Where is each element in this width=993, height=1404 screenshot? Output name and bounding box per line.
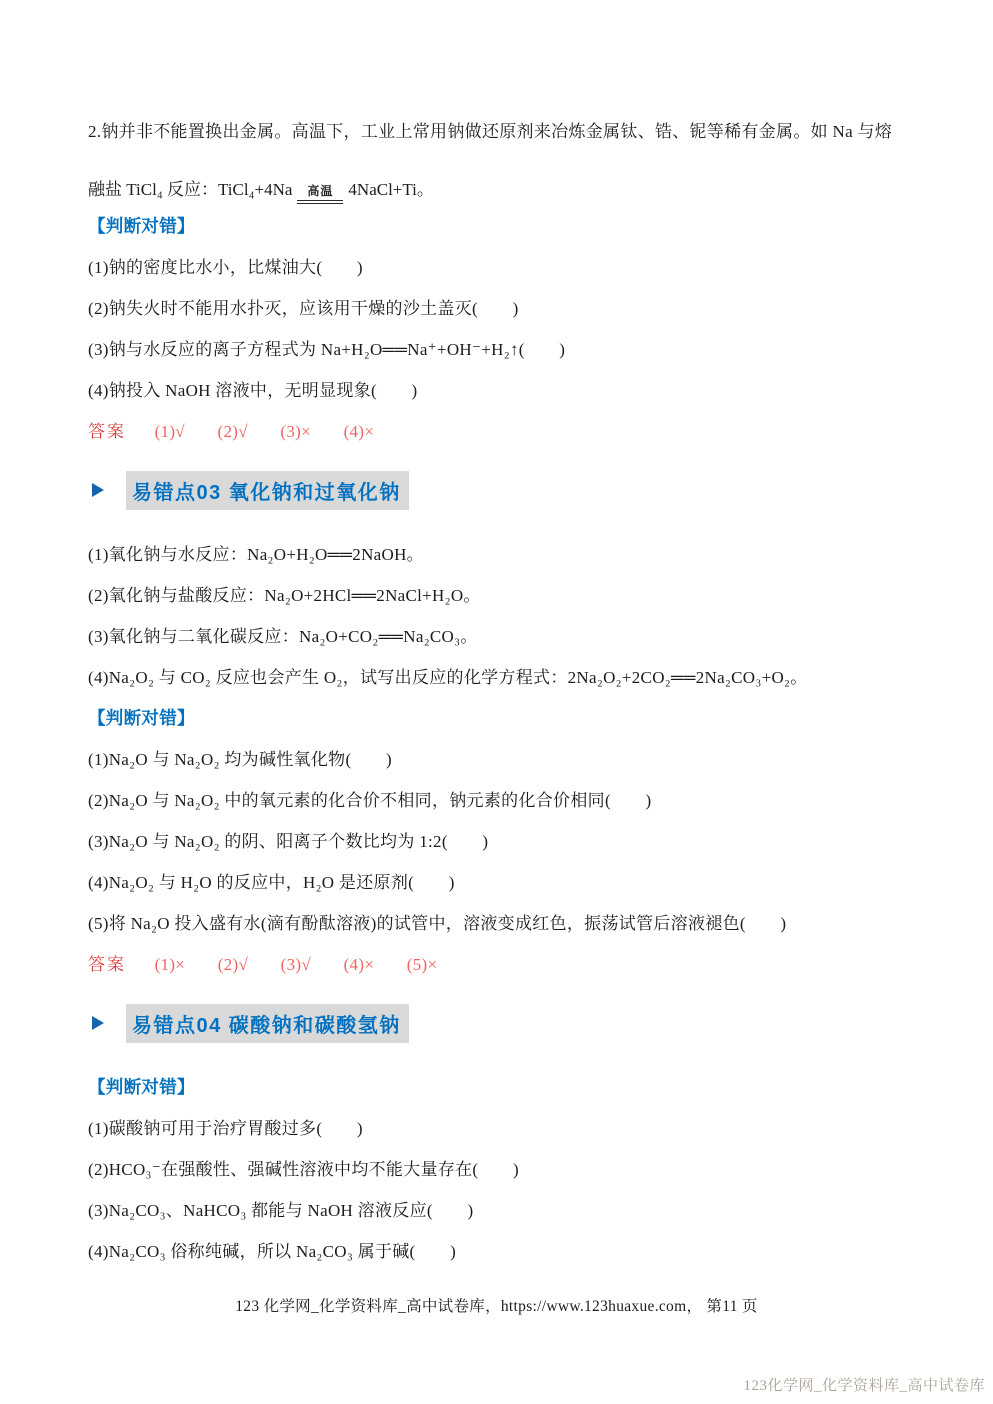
double-bond-line-icon	[297, 200, 343, 204]
section-header-04: 易错点04 碳酸钠和碳酸氢钠	[88, 1001, 905, 1045]
answer-item: (2)√	[218, 955, 248, 974]
answer-item: (1)√	[155, 422, 185, 441]
answer-item: (2)√	[217, 422, 247, 441]
section-title-03: 易错点03 氧化钠和过氧化钠	[126, 471, 409, 510]
answer-item: (1)×	[155, 955, 186, 974]
answer-item: (4)×	[344, 422, 375, 441]
point-line: (1)氧化钠与水反应：Na₂O+H₂O══2NaOH。	[88, 534, 905, 575]
chem-equation-line: 融盐 TiCl₄ 反应： TiCl₄+4Na 高温 4NaCl+Ti。	[88, 152, 905, 206]
answer-item: (3)√	[281, 955, 311, 974]
answer-item: (3)×	[280, 422, 311, 441]
equation-right: 4NaCl+Ti。	[348, 175, 433, 200]
question-line: (2)HCO₃⁻在强酸性、强碱性溶液中均不能大量存在( )	[88, 1149, 905, 1190]
question-line: (3)钠与水反应的离子方程式为 Na+H₂O══Na⁺+OH⁻+H₂↑( )	[88, 329, 905, 370]
arrow-bullet-icon	[92, 483, 104, 497]
question-line: (3)Na₂O 与 Na₂O₂ 的阴、阳离子个数比均为 1:2( )	[88, 821, 905, 862]
document-page: 2.钠并非不能置换出金属。高温下，工业上常用钠做还原剂来冶炼金属钛、锆、铌等稀有…	[0, 0, 993, 1404]
judge-header-3: 【判断对错】	[88, 1067, 905, 1108]
page-footer: 123 化学网_化学资料库_高中试卷库，https://www.123huaxu…	[0, 1294, 993, 1316]
answer-label: 答案	[88, 955, 126, 974]
question-line: (1)Na₂O 与 Na₂O₂ 均为碱性氧化物( )	[88, 739, 905, 780]
reaction-condition-stack: 高温	[297, 185, 343, 204]
point-line: (3)氧化钠与二氧化碳反应：Na₂O+CO₂══Na₂CO₃。	[88, 616, 905, 657]
question-line: (4)Na₂O₂ 与 H₂O 的反应中，H₂O 是还原剂( )	[88, 862, 905, 903]
equation-left: TiCl₄+4Na	[218, 180, 292, 200]
equation-prefix: 融盐 TiCl₄ 反应：	[88, 175, 218, 200]
page-content: 2.钠并非不能置换出金属。高温下，工业上常用钠做还原剂来冶炼金属钛、锆、铌等稀有…	[88, 112, 905, 1272]
judge-header-2: 【判断对错】	[88, 698, 905, 739]
point-line: (4)Na₂O₂ 与 CO₂ 反应也会产生 O₂，试写出反应的化学方程式：2Na…	[88, 657, 905, 698]
answer-line-1: 答案 (1)√ (2)√ (3)× (4)×	[88, 411, 905, 452]
question-line: (4)Na₂CO₃ 俗称纯碱，所以 Na₂CO₃ 属于碱( )	[88, 1231, 905, 1272]
question-line: (5)将 Na₂O 投入盛有水(滴有酚酞溶液)的试管中，溶液变成红色，振荡试管后…	[88, 903, 905, 944]
paragraph-intro-line1: 2.钠并非不能置换出金属。高温下，工业上常用钠做还原剂来冶炼金属钛、锆、铌等稀有…	[88, 112, 905, 152]
watermark-text: 123化学网_化学资料库_高中试卷库	[743, 1374, 985, 1395]
question-line: (3)Na₂CO₃、NaHCO₃ 都能与 NaOH 溶液反应( )	[88, 1190, 905, 1231]
condition-label: 高温	[307, 185, 333, 198]
question-line: (4)钠投入 NaOH 溶液中，无明显现象( )	[88, 370, 905, 411]
answer-item: (5)×	[407, 955, 438, 974]
answer-label: 答案	[88, 422, 126, 441]
answer-line-2: 答案 (1)× (2)√ (3)√ (4)× (5)×	[88, 944, 905, 985]
judge-header-1: 【判断对错】	[88, 206, 905, 247]
question-line: (2)Na₂O 与 Na₂O₂ 中的氧元素的化合价不相同，钠元素的化合价相同( …	[88, 780, 905, 821]
section-header-03: 易错点03 氧化钠和过氧化钠	[88, 468, 905, 512]
point-line: (2)氧化钠与盐酸反应：Na₂O+2HCl══2NaCl+H₂O。	[88, 575, 905, 616]
arrow-bullet-icon	[92, 1016, 104, 1030]
section-title-04: 易错点04 碳酸钠和碳酸氢钠	[126, 1004, 409, 1043]
answer-item: (4)×	[344, 955, 375, 974]
question-line: (1)碳酸钠可用于治疗胃酸过多( )	[88, 1108, 905, 1149]
question-line: (1)钠的密度比水小，比煤油大( )	[88, 247, 905, 288]
question-line: (2)钠失火时不能用水扑灭，应该用干燥的沙土盖灭( )	[88, 288, 905, 329]
